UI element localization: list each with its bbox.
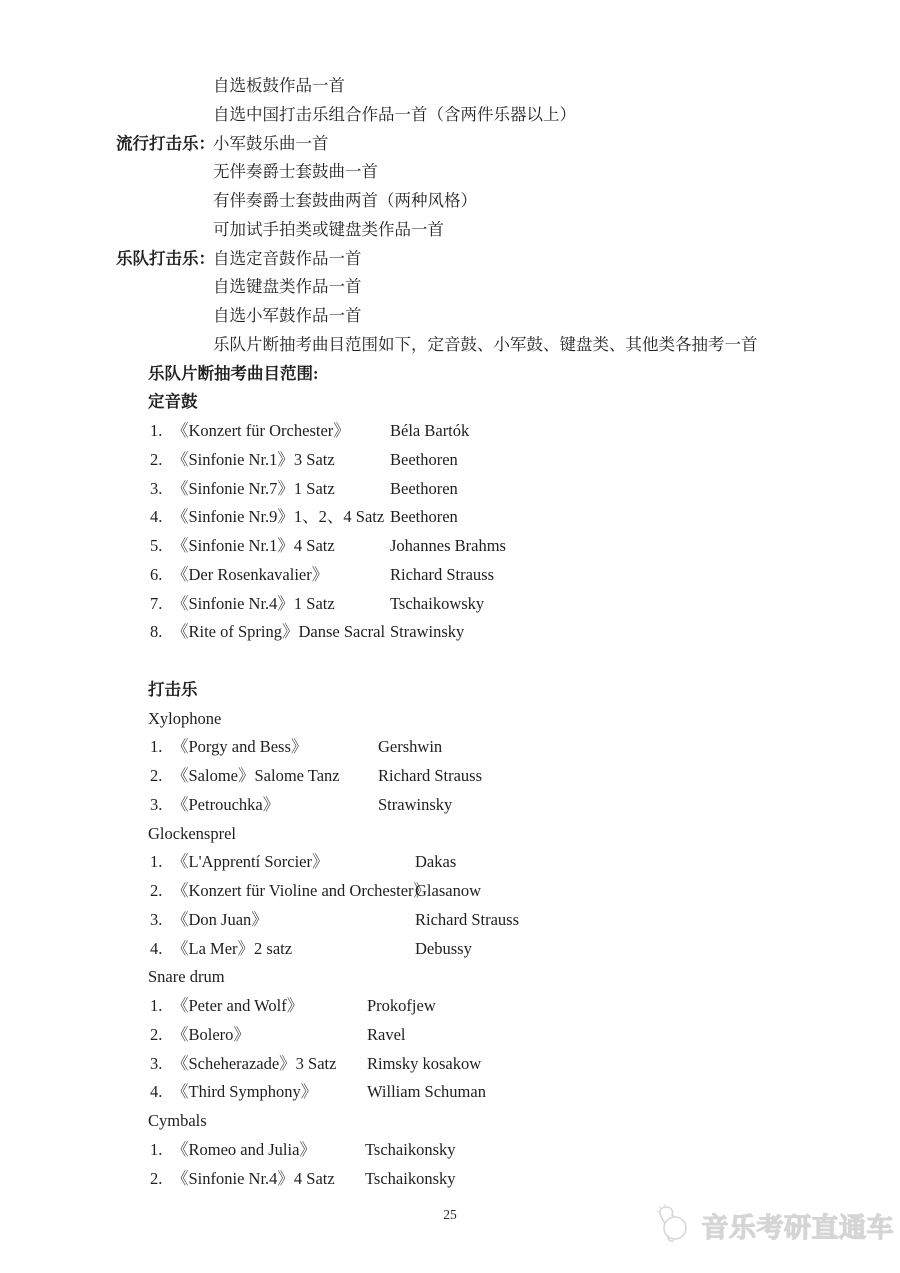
repertoire-item-row: 1.《Peter and Wolf》Prokofjew: [150, 992, 900, 1021]
item-number: 7.: [150, 590, 172, 619]
document-page: 自选板鼓作品一首 自选中国打击乐组合作品一首（含两件乐器以上） 流行打击乐： 小…: [0, 0, 900, 1193]
item-title: 《Porgy and Bess》: [172, 733, 378, 762]
requirement-text: 自选定音鼓作品一首: [213, 249, 362, 268]
item-title: 《Romeo and Julia》: [172, 1136, 365, 1165]
item-number: 1.: [150, 992, 172, 1021]
item-number: 8.: [150, 618, 172, 647]
item-number: 4.: [150, 503, 172, 532]
item-composer: Ravel: [367, 1021, 406, 1050]
item-composer: Tschaikonsky: [365, 1136, 456, 1165]
repertoire-item-row: 6.《Der Rosenkavalier》Richard Strauss: [150, 561, 900, 590]
item-number: 2.: [150, 762, 172, 791]
item-number: 3.: [150, 906, 172, 935]
item-composer: Debussy: [415, 935, 472, 964]
item-number: 3.: [150, 1050, 172, 1079]
requirement-group-line: 流行打击乐： 小军鼓乐曲一首: [213, 130, 900, 159]
repertoire-item-row: 5.《Sinfonie Nr.1》4 SatzJohannes Brahms: [150, 532, 900, 561]
subsection-heading-cymbals: Cymbals: [148, 1107, 900, 1136]
subsection-heading-glockenspiel: Glockensprel: [148, 820, 900, 849]
repertoire-item-row: 1.《Romeo and Julia》Tschaikonsky: [150, 1136, 900, 1165]
requirement-line: 自选中国打击乐组合作品一首（含两件乐器以上）: [213, 101, 900, 130]
item-title: 《Rite of Spring》Danse Sacral: [172, 618, 390, 647]
requirement-line: 可加试手拍类或键盘类作品一首: [213, 216, 900, 245]
item-composer: Beethoren: [390, 475, 458, 504]
section-heading-timpani: 定音鼓: [148, 388, 900, 417]
repertoire-item-row: 8.《Rite of Spring》Danse SacralStrawinsky: [150, 618, 900, 647]
requirement-line: 自选板鼓作品一首: [213, 72, 900, 101]
item-composer: Tschaikowsky: [390, 590, 484, 619]
repertoire-item-row: 3.《Sinfonie Nr.7》1 SatzBeethoren: [150, 475, 900, 504]
requirement-line: 有伴奏爵士套鼓曲两首（两种风格）: [213, 187, 900, 216]
cymbals-list: 1.《Romeo and Julia》Tschaikonsky2.《Sinfon…: [0, 1136, 900, 1194]
repertoire-item-row: 2.《Sinfonie Nr.4》4 SatzTschaikonsky: [150, 1165, 900, 1194]
item-number: 1.: [150, 733, 172, 762]
item-number: 2.: [150, 1021, 172, 1050]
item-number: 2.: [150, 446, 172, 475]
item-composer: Glasanow: [415, 877, 481, 906]
item-composer: William Schuman: [367, 1078, 486, 1107]
requirement-text: 小军鼓乐曲一首: [213, 134, 329, 153]
timpani-list: 1.《Konzert für Orchester》Béla Bartók2.《S…: [0, 417, 900, 647]
item-title: 《Sinfonie Nr.1》3 Satz: [172, 446, 390, 475]
item-number: 1.: [150, 848, 172, 877]
xylophone-list: 1.《Porgy and Bess》Gershwin2.《Salome》Salo…: [0, 733, 900, 819]
item-title: 《Der Rosenkavalier》: [172, 561, 390, 590]
item-title: 《Sinfonie Nr.4》4 Satz: [172, 1165, 365, 1194]
repertoire-item-row: 2.《Konzert für Violine and Orchester》Gla…: [150, 877, 900, 906]
item-number: 3.: [150, 791, 172, 820]
section-heading-percussion: 打击乐: [148, 676, 900, 705]
item-title: 《Scheherazade》3 Satz: [172, 1050, 367, 1079]
glockenspiel-list: 1.《L'Apprentí Sorcier》Dakas2.《Konzert fü…: [0, 848, 900, 963]
item-title: 《Konzert für Orchester》: [172, 417, 390, 446]
item-title: 《Don Juan》: [172, 906, 415, 935]
snare-drum-list: 1.《Peter and Wolf》Prokofjew2.《Bolero》Rav…: [0, 992, 900, 1107]
subsection-heading-snare-drum: Snare drum: [148, 963, 900, 992]
item-composer: Tschaikonsky: [365, 1165, 456, 1194]
repertoire-item-row: 7.《Sinfonie Nr.4》1 SatzTschaikowsky: [150, 590, 900, 619]
item-composer: Strawinsky: [378, 791, 452, 820]
repertoire-item-row: 1.《Porgy and Bess》Gershwin: [150, 733, 900, 762]
repertoire-item-row: 2.《Bolero》Ravel: [150, 1021, 900, 1050]
item-number: 6.: [150, 561, 172, 590]
item-composer: Johannes Brahms: [390, 532, 506, 561]
item-number: 4.: [150, 1078, 172, 1107]
item-number: 3.: [150, 475, 172, 504]
item-number: 1.: [150, 1136, 172, 1165]
item-composer: Dakas: [415, 848, 456, 877]
repertoire-range-heading: 乐队片断抽考曲目范围:: [148, 360, 900, 389]
item-title: 《Salome》Salome Tanz: [172, 762, 378, 791]
repertoire-item-row: 4.《Sinfonie Nr.9》1、2、4 SatzBeethoren: [150, 503, 900, 532]
watermark-text: 音乐考研直通车: [702, 1206, 895, 1245]
item-title: 《Sinfonie Nr.7》1 Satz: [172, 475, 390, 504]
requirement-group-line: 乐队打击乐： 自选定音鼓作品一首: [213, 245, 900, 274]
watermark: 音乐考研直通车: [653, 1202, 895, 1248]
repertoire-item-row: 4.《Third Symphony》William Schuman: [150, 1078, 900, 1107]
requirement-line: 无伴奏爵士套鼓曲一首: [213, 158, 900, 187]
item-title: 《La Mer》2 satz: [172, 935, 415, 964]
repertoire-item-row: 2.《Salome》Salome TanzRichard Strauss: [150, 762, 900, 791]
repertoire-item-row: 2.《Sinfonie Nr.1》3 SatzBeethoren: [150, 446, 900, 475]
item-composer: Richard Strauss: [378, 762, 482, 791]
repertoire-item-row: 3.《Scheherazade》3 SatzRimsky kosakow: [150, 1050, 900, 1079]
item-number: 2.: [150, 1165, 172, 1194]
item-composer: Rimsky kosakow: [367, 1050, 481, 1079]
repertoire-item-row: 3.《Don Juan》Richard Strauss: [150, 906, 900, 935]
item-title: 《Konzert für Violine and Orchester》: [172, 877, 415, 906]
item-composer: Beethoren: [390, 503, 458, 532]
megaphone-icon: [653, 1202, 695, 1248]
repertoire-item-row: 4.《La Mer》2 satzDebussy: [150, 935, 900, 964]
item-composer: Richard Strauss: [415, 906, 519, 935]
repertoire-item-row: 3.《Petrouchka》Strawinsky: [150, 791, 900, 820]
item-number: 1.: [150, 417, 172, 446]
repertoire-item-row: 1.《Konzert für Orchester》Béla Bartók: [150, 417, 900, 446]
item-number: 2.: [150, 877, 172, 906]
item-title: 《Sinfonie Nr.1》4 Satz: [172, 532, 390, 561]
item-composer: Prokofjew: [367, 992, 436, 1021]
item-composer: Beethoren: [390, 446, 458, 475]
group-label-pop-percussion: 流行打击乐：: [116, 130, 215, 159]
subsection-heading-xylophone: Xylophone: [148, 705, 900, 734]
item-title: 《Third Symphony》: [172, 1078, 367, 1107]
repertoire-item-row: 1.《L'Apprentí Sorcier》Dakas: [150, 848, 900, 877]
item-composer: Strawinsky: [390, 618, 464, 647]
item-title: 《Sinfonie Nr.9》1、2、4 Satz: [172, 503, 390, 532]
requirement-line: 自选键盘类作品一首: [213, 273, 900, 302]
requirement-line: 自选小军鼓作品一首: [213, 302, 900, 331]
item-composer: Gershwin: [378, 733, 442, 762]
item-title: 《L'Apprentí Sorcier》: [172, 848, 415, 877]
item-number: 5.: [150, 532, 172, 561]
item-title: 《Bolero》: [172, 1021, 367, 1050]
item-title: 《Sinfonie Nr.4》1 Satz: [172, 590, 390, 619]
requirement-line: 乐队片断抽考曲目范围如下，定音鼓、小军鼓、键盘类、其他类各抽考一首: [213, 331, 900, 360]
item-title: 《Petrouchka》: [172, 791, 378, 820]
section-gap: [0, 647, 900, 676]
item-composer: Richard Strauss: [390, 561, 494, 590]
group-label-orchestra-percussion: 乐队打击乐：: [116, 245, 215, 274]
item-composer: Béla Bartók: [390, 417, 469, 446]
item-title: 《Peter and Wolf》: [172, 992, 367, 1021]
item-number: 4.: [150, 935, 172, 964]
